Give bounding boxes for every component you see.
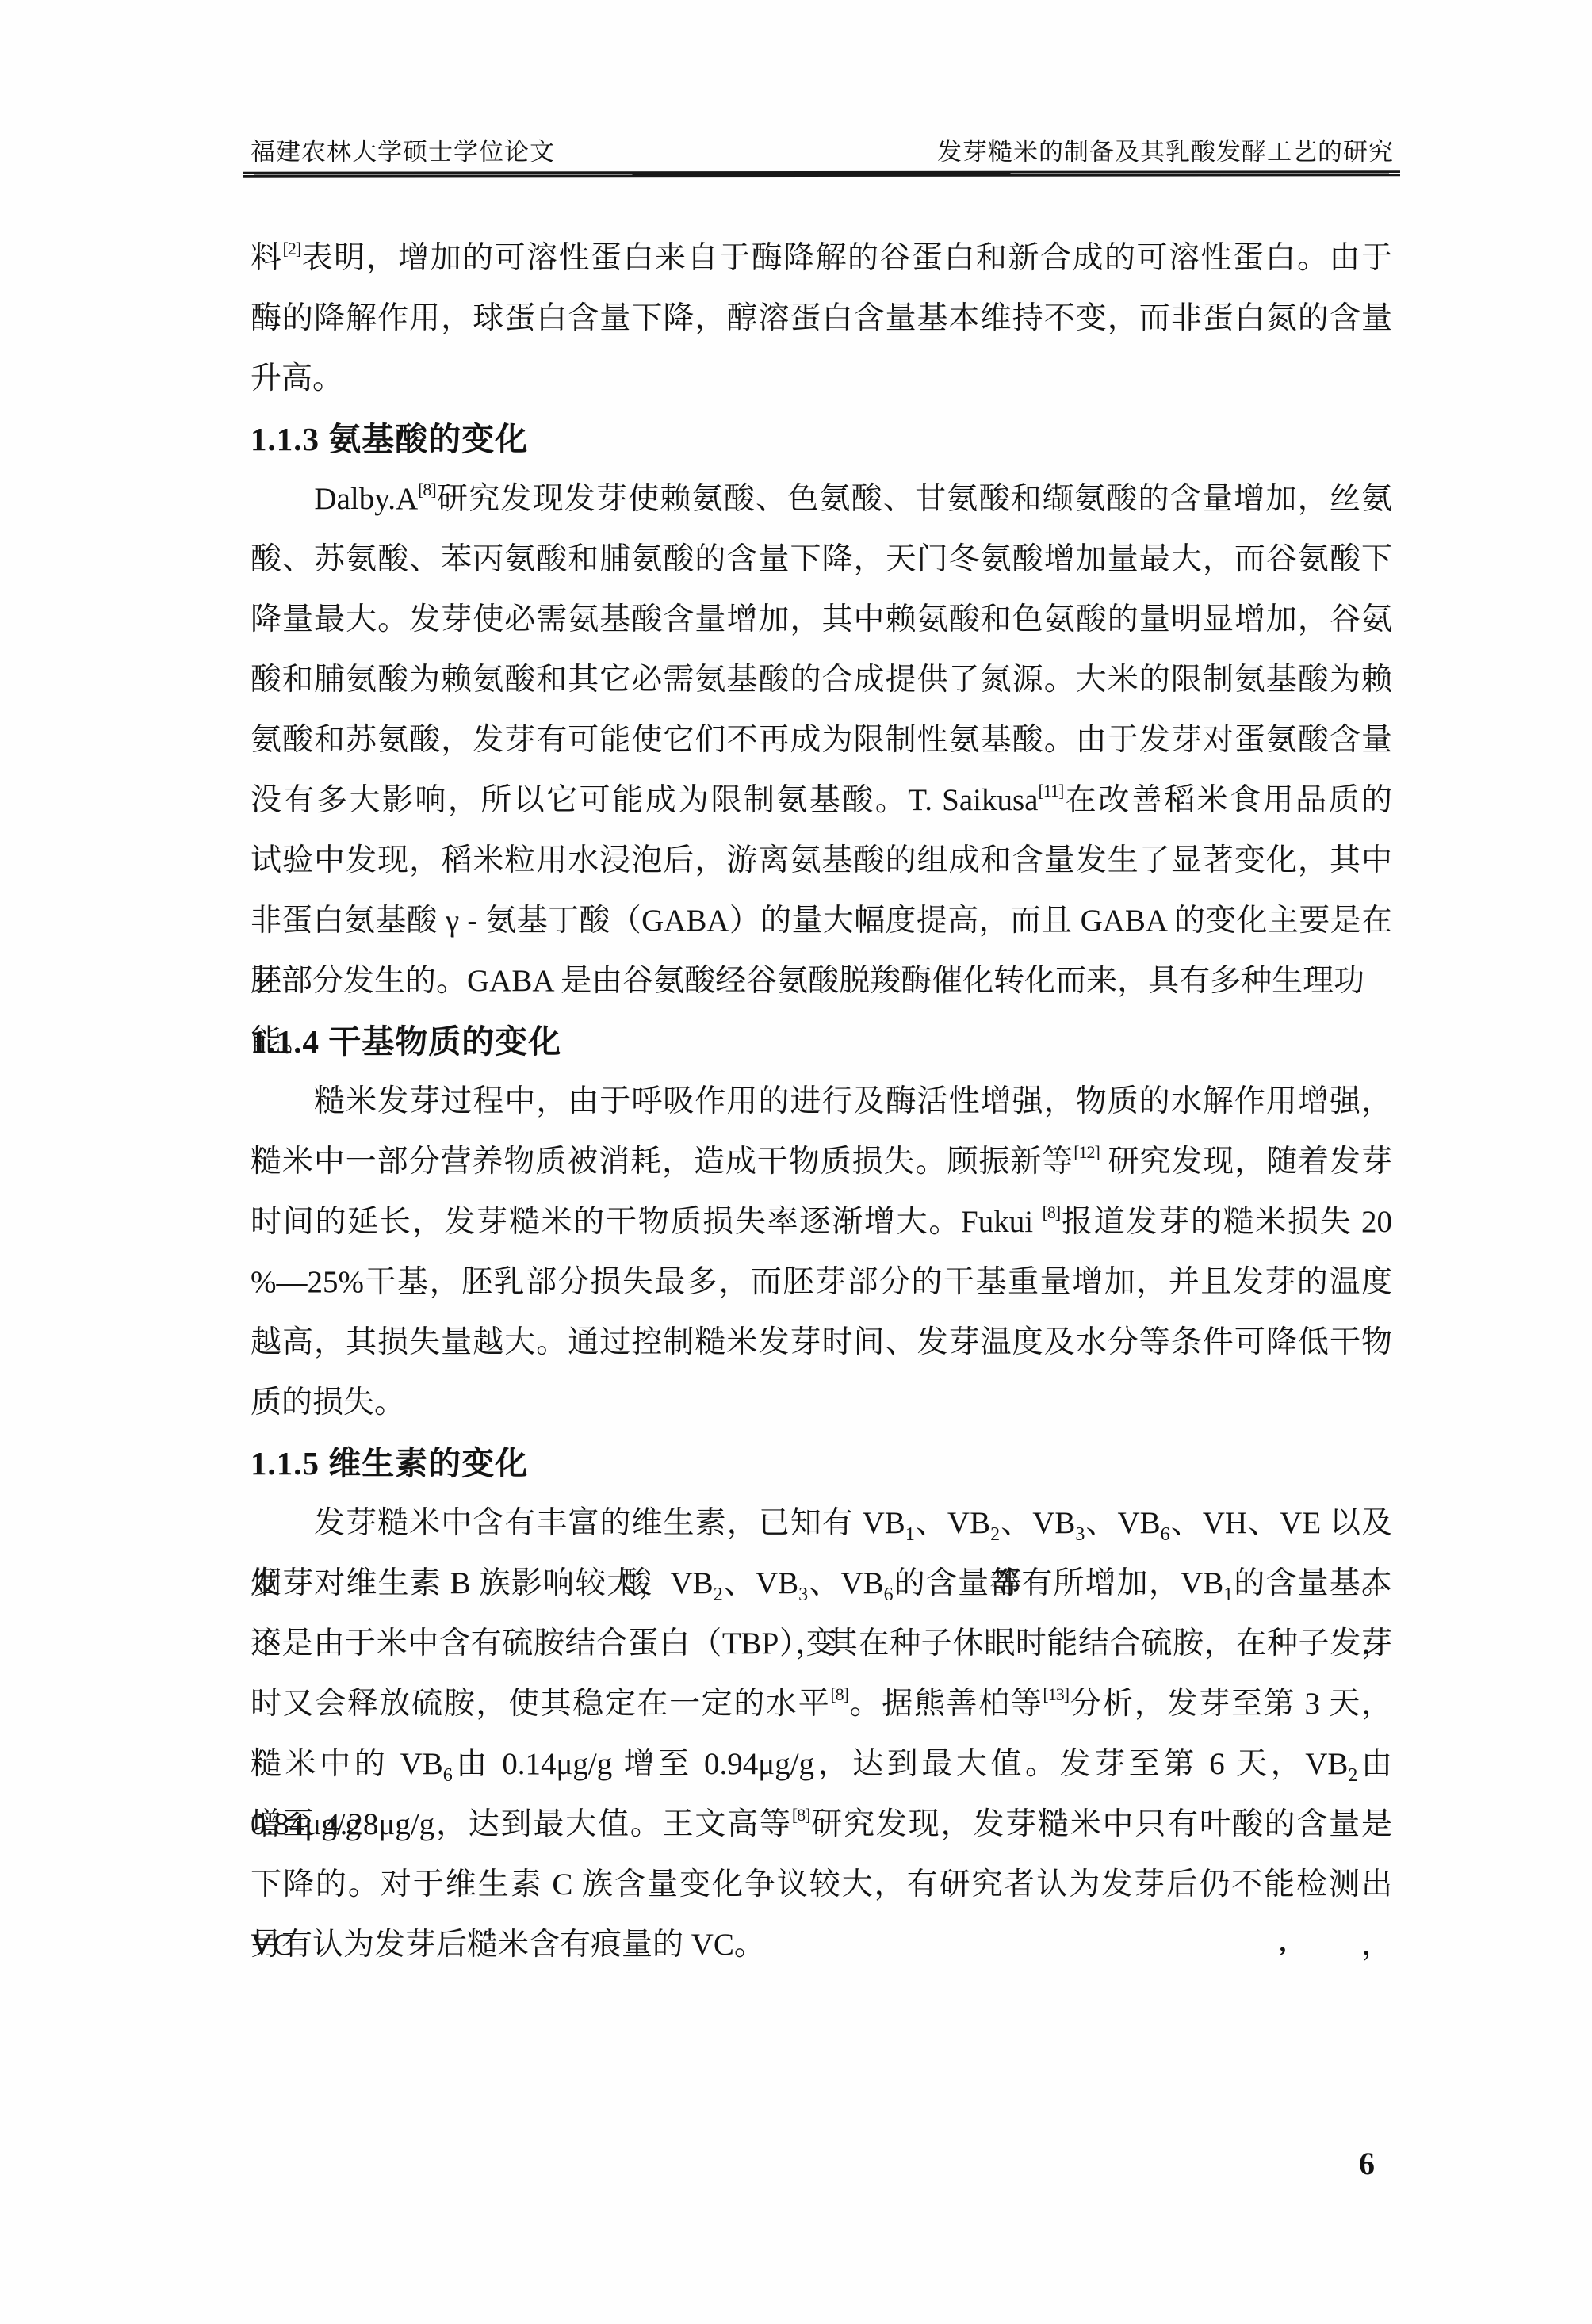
vitamin-subscript: 3 [1075,1524,1085,1545]
vitamin-subscript: 2 [1348,1765,1357,1786]
text-line: 试验中发现，稻米粒用水浸泡后，游离氨基酸的组成和含量发生了显著变化，其中 [251,831,1392,891]
text-line: 时间的延长，发芽糙米的干物质损失率逐渐增大。Fukui [8]报道发芽的糙米损失… [251,1192,1392,1252]
text-line: 下降的。对于维生素 C 族含量变化争议较大，有研究者认为发芽后仍不能检测出 VC… [251,1855,1392,1915]
text-line: 越高，其损失量越大。通过控制糙米发芽时间、发芽温度及水分等条件可降低干物 [251,1313,1392,1373]
text-line: %—25%干基，胚乳部分损失最多，而胚芽部分的干基重量增加，并且发芽的温度 [251,1252,1392,1313]
text-line: 质的损失。 [251,1373,1392,1433]
text-line: 糙米中一部分营养物质被消耗，造成干物质损失。顾振新等[12] 研究发现，随着发芽 [251,1132,1392,1192]
citation-superscript: [2] [283,239,301,258]
page-number: 6 [1359,2145,1375,2182]
text-line: 升高。 [251,349,1392,409]
vitamin-subscript: 2 [714,1584,723,1605]
vitamin-subscript: 6 [884,1584,894,1605]
vitamin-subscript: 6 [1161,1524,1170,1545]
text-line: 料[2]表明，增加的可溶性蛋白来自于酶降解的谷蛋白和新合成的可溶性蛋白。由于 [251,228,1392,289]
text-line: 发芽对维生素 B 族影响较大，VB2、VB3、VB6的含量都有所增加，VB1的含… [251,1554,1392,1614]
vitamin-subscript: 2 [990,1524,1000,1545]
header-rule [243,170,1400,178]
header-right-text: 发芽糙米的制备及其乳酸发酵工艺的研究 [937,132,1394,167]
citation-superscript: [12] [1073,1142,1100,1162]
citation-superscript: [8] [792,1805,810,1825]
paragraph: 发芽糙米中含有丰富的维生素，已知有 VB1、VB2、VB3、VB6、VH、VE … [251,1493,1392,1975]
text-line: 糙米发芽过程中，由于呼吸作用的进行及酶活性增强，物质的水解作用增强， [251,1072,1392,1132]
header-left-text: 福建农林大学硕士学位论文 [251,132,555,167]
text-line: Dalby.A[8]研究发现发芽使赖氨酸、色氨酸、甘氨酸和缬氨酸的含量增加，丝氨 [251,469,1392,529]
vitamin-subscript: 3 [798,1584,808,1605]
vitamin-subscript: 1 [905,1524,915,1545]
citation-superscript: [11] [1039,781,1064,801]
text-line: 氨酸和苏氨酸，发芽有可能使它们不再成为限制性氨基酸。由于发芽对蛋氨酸含量 [251,710,1392,770]
text-line: 没有多大影响，所以它可能成为限制氨基酸。T. Saikusa[11]在改善稻米食… [251,770,1392,831]
text-line: 酶的降解作用，球蛋白含量下降，醇溶蛋白含量基本维持不变，而非蛋白氮的含量 [251,289,1392,349]
section-heading: 1.1.5 维生素的变化 [251,1433,1392,1493]
text-line: 这是由于米中含有硫胺结合蛋白（TBP），其在种子休眠时能结合硫胺，在种子发芽 [251,1614,1392,1674]
stray-mark: ’ [1278,1942,1287,1972]
text-line: 增至 4.28μg/g，达到最大值。王文高等[8]研究发现，发芽糙米中只有叶酸的… [251,1795,1392,1855]
document-body: 料[2]表明，增加的可溶性蛋白来自于酶降解的谷蛋白和新合成的可溶性蛋白。由于酶的… [251,228,1392,1975]
text-line: 酸和脯氨酸为赖氨酸和其它必需氨基酸的合成提供了氮源。大米的限制氨基酸为赖 [251,650,1392,710]
citation-superscript: [8] [1043,1202,1061,1222]
text-line: 时又会释放硫胺，使其稳定在一定的水平[8]。据熊善柏等[13]分析，发芽至第 3… [251,1674,1392,1734]
running-header: 福建农林大学硕士学位论文 发芽糙米的制备及其乳酸发酵工艺的研究 [251,132,1394,167]
section-heading: 1.1.4 干基物质的变化 [251,1011,1392,1072]
text-line: 非蛋白氨基酸 γ - 氨基丁酸（GABA）的量大幅度提高，而且 GABA 的变化… [251,891,1392,951]
text-line: 酸、苏氨酸、苯丙氨酸和脯氨酸的含量下降，天门冬氨酸增加量最大，而谷氨酸下 [251,529,1392,590]
citation-superscript: [8] [830,1684,848,1704]
text-line: 发芽糙米中含有丰富的维生素，已知有 VB1、VB2、VB3、VB6、VH、VE … [251,1493,1392,1554]
paragraph: 糙米发芽过程中，由于呼吸作用的进行及酶活性增强，物质的水解作用增强，糙米中一部分… [251,1072,1392,1433]
citation-superscript: [8] [418,480,436,499]
text-line: 糙米中的 VB6由 0.14μg/g 增至 0.94μg/g，达到最大值。发芽至… [251,1734,1392,1795]
thesis-page: 福建农林大学硕士学位论文 发芽糙米的制备及其乳酸发酵工艺的研究 料[2]表明，增… [0,0,1592,2324]
paragraph: Dalby.A[8]研究发现发芽使赖氨酸、色氨酸、甘氨酸和缬氨酸的含量增加，丝氨… [251,469,1392,1011]
vitamin-subscript: 1 [1223,1584,1233,1605]
citation-superscript: [13] [1043,1684,1069,1704]
section-heading: 1.1.3 氨基酸的变化 [251,409,1392,469]
vitamin-subscript: 6 [443,1765,453,1786]
paragraph: 料[2]表明，增加的可溶性蛋白来自于酶降解的谷蛋白和新合成的可溶性蛋白。由于酶的… [251,228,1392,409]
text-line: 芽部分发生的。GABA 是由谷氨酸经谷氨酸脱羧酶催化转化而来，具有多种生理功能。 [251,951,1392,1011]
text-line: 降量最大。发芽使必需氨基酸含量增加，其中赖氨酸和色氨酸的量明显增加，谷氨 [251,590,1392,650]
